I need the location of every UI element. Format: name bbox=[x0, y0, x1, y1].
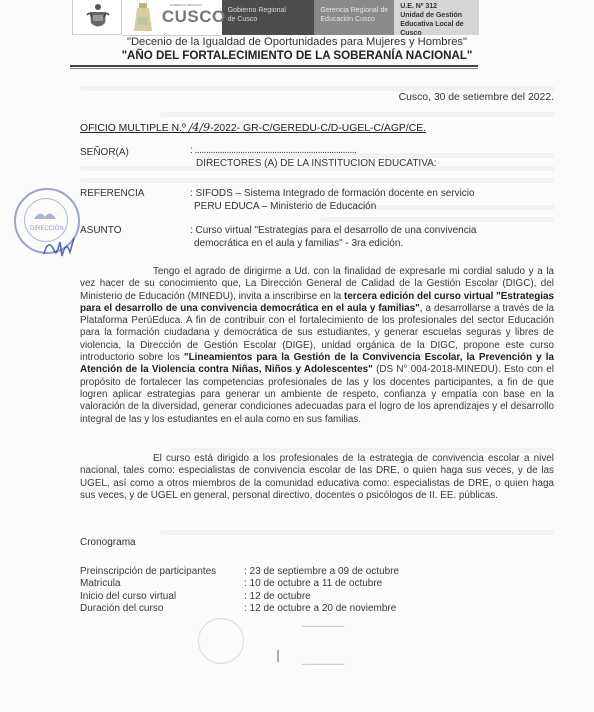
cronograma-title: Cronograma bbox=[80, 537, 136, 548]
cronograma-row: Preinscripción de participantes : 23 de … bbox=[80, 566, 399, 578]
bleed-through-line bbox=[160, 530, 554, 535]
body-paragraph-1: Tengo el agrado de dirigirme a Ud. con l… bbox=[80, 266, 554, 426]
document-page: GOBIERNO REGIONAL CUSCO Gobierno Regiona… bbox=[0, 0, 594, 712]
header-band-gobierno: Gobierno Regional de Cusco bbox=[222, 0, 315, 35]
cusco-logo: GOBIERNO REGIONAL CUSCO bbox=[122, 0, 222, 36]
cronograma-row: Inicio del curso virtual : 12 de octubre bbox=[80, 591, 399, 603]
faint-seal-stamp bbox=[198, 618, 244, 664]
asunto-value: : Curso virtual "Estrategias para el des… bbox=[190, 225, 476, 250]
body-paragraph-2: El curso está dirigido a los profesional… bbox=[80, 453, 554, 502]
bleed-through-line bbox=[160, 112, 554, 117]
bleed-through-line bbox=[80, 86, 554, 91]
referencia-label: REFERENCIA bbox=[80, 188, 144, 199]
faint-signature-line: ━━━━━━━━━━━━━━ bbox=[258, 662, 388, 668]
decenio-motto: "Decenio de la Igualdad de Oportunidades… bbox=[0, 36, 594, 48]
referencia-value: : SIFODS – Sistema Integrado de formació… bbox=[190, 188, 475, 213]
signature-initials-icon bbox=[40, 232, 80, 262]
signature-mark bbox=[277, 650, 279, 662]
cronograma-row: Duración del curso : 12 de octubre a 20 … bbox=[80, 603, 399, 615]
bleed-through-line bbox=[320, 217, 554, 222]
header-divider bbox=[70, 65, 478, 67]
cronograma-row: Matricula : 10 de octubre a 11 de octubr… bbox=[80, 578, 399, 590]
bleed-through-line bbox=[80, 178, 554, 183]
letterhead: GOBIERNO REGIONAL CUSCO Gobierno Regiona… bbox=[72, 0, 479, 35]
coat-of-arms-icon bbox=[86, 3, 110, 31]
asunto-label: ASUNTO bbox=[80, 225, 122, 236]
header-divider-thin bbox=[70, 68, 478, 69]
faint-signature-line: ━━━━━━━━━━━━━━ bbox=[258, 624, 388, 630]
header-band-gerencia: Gerencia Regional de Educación Cusco bbox=[314, 0, 394, 35]
oficio-number: OFICIO MULTIPLE N.º /4/9-2022- GR-C/GERE… bbox=[80, 121, 426, 134]
regional-emblem-icon bbox=[132, 3, 154, 32]
seal-emblem-icon bbox=[30, 205, 60, 225]
header-band-ugel: U.E. Nº 312 Unidad de Gestión Educativa … bbox=[394, 0, 479, 35]
letter-date: Cusco, 30 de setiembre del 2022. bbox=[399, 92, 554, 103]
senor-value: DIRECTORES (A) DE LA INSTITUCION EDUCATI… bbox=[196, 158, 437, 171]
year-motto: "AÑO DEL FORTALECIMIENTO DE LA SOBERANÍA… bbox=[0, 49, 594, 62]
cronograma-table: Preinscripción de participantes : 23 de … bbox=[80, 566, 399, 616]
logo-wordmark: CUSCO bbox=[162, 7, 226, 27]
peru-crest-logo bbox=[72, 0, 122, 35]
senor-label: SEÑOR(A) bbox=[80, 147, 129, 158]
senor-dots: : ......................................… bbox=[190, 145, 356, 158]
handwritten-number: /4/9 bbox=[189, 121, 210, 134]
